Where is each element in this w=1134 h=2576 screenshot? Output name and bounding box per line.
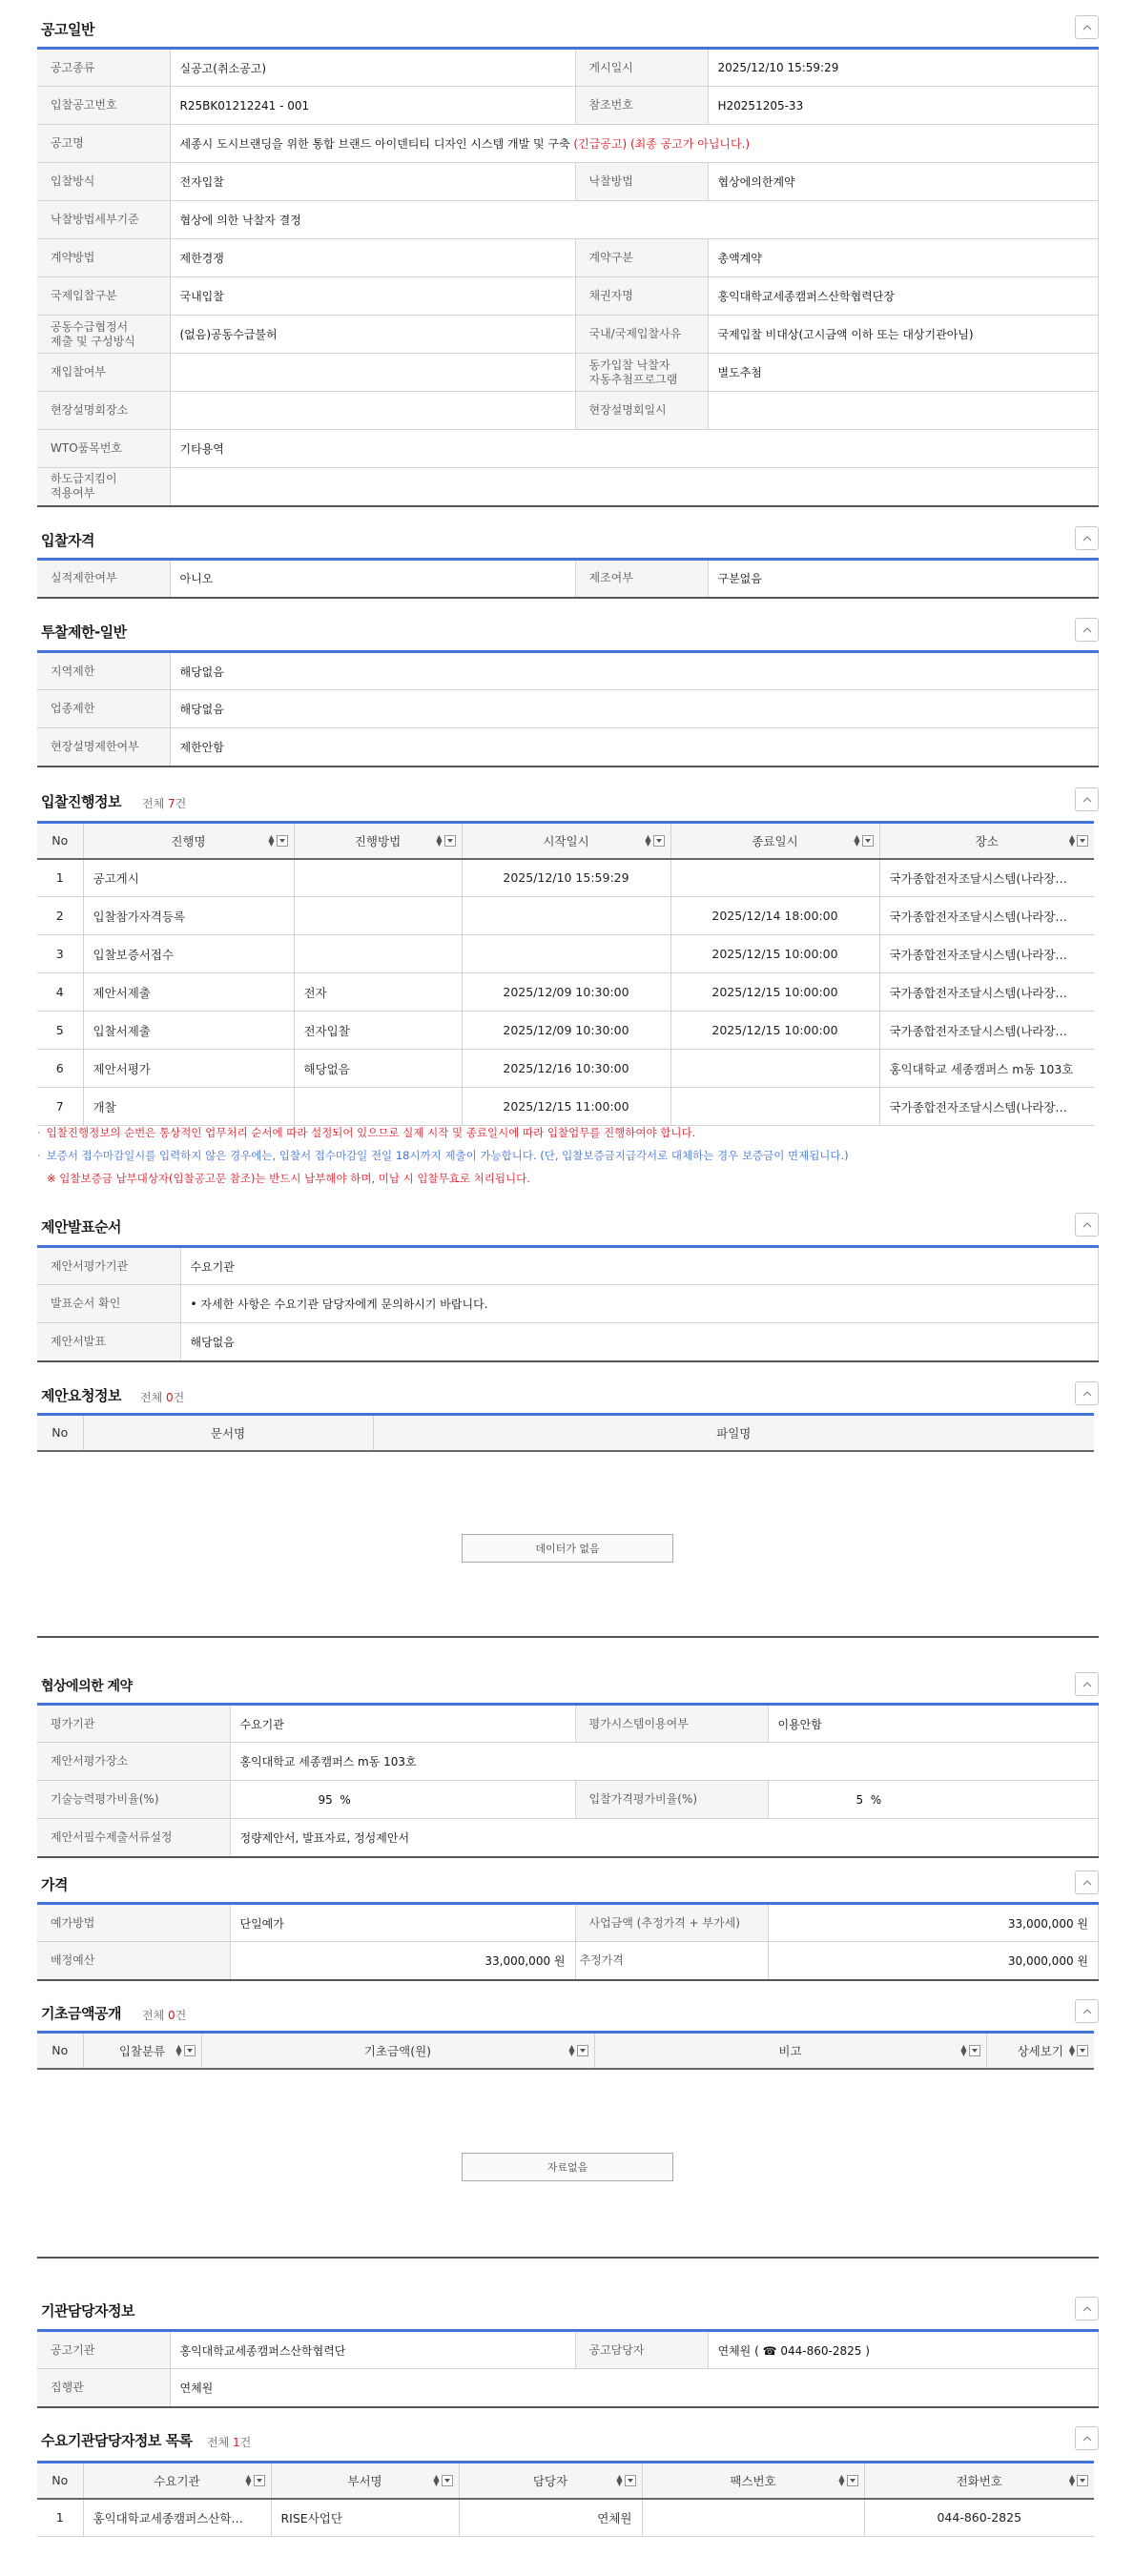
value: 기타용역 [170, 430, 1099, 468]
table-cell: 044-860-2825 [864, 2499, 1094, 2537]
restriction-table: 지역제한해당없음 업종제한해당없음 현장설명제한여부제한안함 [37, 650, 1099, 767]
table-cell: 6 [37, 1050, 83, 1088]
value: 아니오 [170, 560, 575, 598]
label: 참조번호 [575, 87, 708, 125]
table-cell: 전자 [294, 973, 462, 1012]
section-header-general: 공고일반 [37, 15, 1099, 44]
table-row[interactable]: 4제안서제출전자2025/12/09 10:30:002025/12/15 10… [37, 973, 1094, 1012]
note-line: ·입찰진행정보의 순번은 통상적인 업무처리 순서에 따라 설정되어 있으므로 … [37, 1121, 1099, 1144]
sort-filter-control[interactable]: ▲▼ [433, 2475, 452, 2486]
column-header[interactable]: 팩스번호▲▼ [642, 2463, 864, 2499]
table-cell [294, 859, 462, 897]
filter-dropdown-icon[interactable] [184, 2045, 196, 2056]
table-cell: 2025/12/15 10:00:00 [670, 935, 879, 973]
value: 총액계약 [708, 239, 1099, 277]
filter-dropdown-icon[interactable] [625, 2475, 636, 2486]
total-count: 전체 1건 [207, 2434, 251, 2450]
label: 제안서평가장소 [37, 1743, 230, 1781]
column-header-label: 시작일시 [543, 834, 588, 848]
collapse-toggle-button[interactable] [1075, 1999, 1099, 2023]
sort-arrows-icon[interactable]: ▲▼ [645, 835, 650, 847]
label-line: 동가입찰 낙찰자 [589, 358, 698, 373]
label: 제안서필수제출서류설정 [37, 1819, 230, 1857]
table-cell: 제안서제출 [83, 973, 294, 1012]
column-header-file-name[interactable]: 파일명 [373, 1415, 1094, 1451]
table-cell: 5 [37, 1012, 83, 1050]
table-cell: 공고게시 [83, 859, 294, 897]
column-header-label: 진행방법 [355, 834, 401, 848]
column-header[interactable]: 시작일시▲▼ [462, 823, 670, 859]
sort-filter-control[interactable]: ▲▼ [854, 835, 873, 847]
label: 낙찰방법세부기준 [37, 201, 170, 239]
filter-dropdown-icon[interactable] [1077, 835, 1088, 847]
chevron-up-icon [1082, 25, 1092, 31]
section-header-qualification: 입찰자격 [37, 526, 1099, 555]
label: 국제입찰구분 [37, 277, 170, 316]
column-header[interactable]: No [37, 823, 83, 859]
value: 전자입찰 [170, 163, 575, 201]
section-header-restriction: 투찰제한-일반 [37, 618, 1099, 646]
note-text: 입찰진행정보의 순번은 통상적인 업무처리 순서에 따라 설정되어 있으므로 실… [47, 1126, 696, 1139]
chevron-up-icon [1082, 797, 1092, 803]
label: 공고담당자 [575, 2331, 708, 2369]
count-prefix: 전체 [142, 2009, 168, 2022]
table-cell: 국가종합전자조달시스템(나라장… [879, 973, 1094, 1012]
table-cell: RISE사업단 [271, 2499, 459, 2537]
qualification-table: 실적제한여부아니오제조여부구분없음 [37, 558, 1099, 599]
section-header-base-amount: 기초금액공개 전체 0건 [37, 1999, 1099, 2028]
tech-ratio-value: 95 % [230, 1781, 575, 1819]
chevron-up-icon [1082, 2436, 1092, 2442]
label: 하도급지킴이적용여부 [37, 468, 170, 506]
sort-arrows-icon[interactable]: ▲▼ [568, 2045, 574, 2056]
label: 제조여부 [575, 560, 708, 598]
column-header-label: 부서명 [347, 2474, 381, 2488]
value: 제한경쟁 [170, 239, 575, 277]
allocated-budget: 33,000,000 원 [230, 1942, 575, 1980]
table-cell: 홍익대학교세종캠퍼스산학… [83, 2499, 271, 2537]
value: • 자세한 사항은 수요기관 담당자에게 문의하시기 바랍니다. [180, 1285, 1099, 1323]
column-header-label: No [52, 2473, 68, 2487]
table-row[interactable]: 6제안서평가해당없음2025/12/16 10:30:00홍익대학교 세종캠퍼스… [37, 1050, 1094, 1088]
label: 집행관 [37, 2369, 170, 2407]
column-header-label: 팩스번호 [730, 2474, 775, 2488]
table-cell: 2025/12/09 10:30:00 [462, 1012, 670, 1050]
column-header-label: 기초금액(원) [364, 2044, 431, 2058]
count-number: 0 [166, 1391, 174, 1404]
chevron-up-icon [1082, 2009, 1092, 2014]
table-cell: 개찰 [83, 1088, 294, 1126]
label: 제안서발표 [37, 1323, 180, 1361]
sort-arrows-icon[interactable]: ▲▼ [433, 2475, 439, 2486]
filter-dropdown-icon[interactable] [969, 2045, 980, 2056]
label: 발표순서 확인 [37, 1285, 180, 1323]
collapse-toggle-button[interactable] [1075, 1672, 1099, 1696]
filter-dropdown-icon[interactable] [653, 835, 665, 847]
table-row[interactable]: 3입찰보증서접수2025/12/15 10:00:00국가종합전자조달시스템(나… [37, 935, 1094, 973]
column-header-label: 종료일시 [752, 834, 797, 848]
filter-dropdown-icon[interactable] [277, 835, 288, 847]
column-header[interactable]: 기초금액(원)▲▼ [201, 2033, 594, 2069]
count-suffix: 건 [240, 2436, 252, 2449]
label: 계약구분 [575, 239, 708, 277]
sort-arrows-icon[interactable]: ▲▼ [268, 835, 274, 847]
value: 홍익대학교 세종캠퍼스 m동 103호 [230, 1743, 1099, 1781]
demand-contact-table: No수요기관▲▼부서명▲▼담당자▲▼팩스번호▲▼전화번호▲▼ 1홍익대학교세종캠… [37, 2461, 1094, 2537]
column-header[interactable]: No [37, 2033, 83, 2069]
value: 국내입찰 [170, 277, 575, 316]
label: 게시일시 [575, 49, 708, 87]
column-header-no[interactable]: No [37, 1415, 83, 1451]
label: 배정예산 [37, 1942, 230, 1980]
label: 공고명 [37, 125, 170, 163]
column-header-doc-name[interactable]: 문서명 [83, 1415, 373, 1451]
column-header[interactable]: 수요기관▲▼ [83, 2463, 271, 2499]
value: 구분없음 [708, 560, 1099, 598]
table-cell: 2025/12/09 10:30:00 [462, 973, 670, 1012]
sort-arrows-icon[interactable]: ▲▼ [1069, 2045, 1075, 2056]
filter-dropdown-icon[interactable] [444, 835, 456, 847]
column-header[interactable]: 상세보기▲▼ [986, 2033, 1094, 2069]
label: 입찰방식 [37, 163, 170, 201]
table-cell: 입찰서제출 [83, 1012, 294, 1050]
note-line: ·보증서 접수마감일시를 입력하지 않은 경우에는, 입찰서 접수마감일 전일 … [37, 1144, 1099, 1167]
column-header-label: 입찰분류 [119, 2044, 165, 2058]
value [170, 468, 1099, 506]
label: 입찰가격평가비율(%) [575, 1781, 768, 1819]
label-line: 적용여부 [51, 486, 160, 501]
column-header[interactable]: 비고▲▼ [594, 2033, 986, 2069]
label: 동가입찰 낙찰자자동추첨프로그램 [575, 354, 708, 392]
table-cell: 4 [37, 973, 83, 1012]
base-amount-table: No입찰분류▲▼기초금액(원)▲▼비고▲▼상세보기▲▼ [37, 2031, 1094, 2070]
filter-dropdown-icon[interactable] [577, 2045, 588, 2056]
table-cell [462, 935, 670, 973]
table-cell [670, 1050, 879, 1088]
sort-arrows-icon[interactable]: ▲▼ [838, 2475, 844, 2486]
sort-filter-control[interactable]: ▲▼ [245, 2475, 264, 2486]
sort-filter-control[interactable]: ▲▼ [616, 2475, 635, 2486]
label: 현장설명회장소 [37, 392, 170, 430]
chevron-up-icon [1082, 1391, 1092, 1397]
value: 연체원 [170, 2369, 1099, 2407]
sort-arrows-icon[interactable]: ▲▼ [1069, 835, 1075, 847]
chevron-up-icon [1082, 1682, 1092, 1687]
section-title: 입찰자격 [41, 530, 94, 550]
column-header-label: 상세보기 [1018, 2044, 1063, 2058]
label: 현장설명회일시 [575, 392, 708, 430]
label-line: 하도급지킴이 [51, 472, 160, 486]
table-cell: 전자입찰 [294, 1012, 462, 1050]
label: 실적제한여부 [37, 560, 170, 598]
collapse-toggle-button[interactable] [1075, 787, 1099, 811]
section-header-demand-contact: 수요기관담당자정보 목록 전체 1건 [37, 2426, 1099, 2455]
table-cell: 2 [37, 897, 83, 935]
total-count: 전체 0건 [142, 2007, 186, 2023]
bullet-icon: · [37, 1149, 41, 1162]
chevron-up-icon [1082, 1222, 1092, 1228]
label-line: 자동추첨프로그램 [589, 373, 698, 387]
column-header[interactable]: 진행명▲▼ [83, 823, 294, 859]
estimated-price: 30,000,000 원 [768, 1942, 1099, 1980]
value: 이용안함 [768, 1705, 1099, 1743]
count-suffix: 건 [175, 2009, 187, 2022]
base-amount-empty-area: 자료없음 [37, 2069, 1099, 2259]
label: 업종제한 [37, 690, 170, 728]
label-line: 공동수급협정서 [51, 320, 160, 335]
table-cell: 해당없음 [294, 1050, 462, 1088]
count-suffix: 건 [175, 797, 187, 810]
column-header[interactable]: 종료일시▲▼ [670, 823, 879, 859]
chevron-up-icon [1082, 536, 1092, 542]
value: 해당없음 [170, 652, 1099, 690]
urgent-badge: (긴급공고) (최종 공고가 아닙니다.) [573, 137, 750, 151]
table-cell: 입찰보증서접수 [83, 935, 294, 973]
table-row[interactable]: 5입찰서제출전자입찰2025/12/09 10:30:002025/12/15 … [37, 1012, 1094, 1050]
table-cell: 국가종합전자조달시스템(나라장… [879, 1088, 1094, 1126]
count-suffix: 건 [174, 1391, 185, 1404]
table-cell: 제안서평가 [83, 1050, 294, 1088]
price-ratio-value: 5 % [768, 1781, 1099, 1819]
table-cell: 2025/12/14 18:00:00 [670, 897, 879, 935]
column-header[interactable]: 부서명▲▼ [271, 2463, 459, 2499]
label: 지역제한 [37, 652, 170, 690]
contact-name: 연체원 ( [718, 2344, 763, 2358]
value: 협상에의한계약 [708, 163, 1099, 201]
filter-dropdown-icon[interactable] [847, 2475, 858, 2486]
collapse-toggle-button[interactable] [1075, 1213, 1099, 1237]
filter-dropdown-icon[interactable] [862, 835, 874, 847]
proposal-request-table: No 문서명 파일명 [37, 1413, 1094, 1452]
sort-filter-control[interactable]: ▲▼ [960, 2045, 979, 2056]
section-header-progress: 입찰진행정보 전체 7건 [37, 787, 1099, 816]
sort-filter-control[interactable]: ▲▼ [1069, 2475, 1088, 2486]
column-header-label: No [52, 833, 68, 848]
label: 공고종류 [37, 49, 170, 87]
table-cell: 3 [37, 935, 83, 973]
collapse-toggle-button[interactable] [1075, 15, 1099, 39]
phone-icon: ☎ [763, 2344, 777, 2358]
table-row[interactable]: 1공고게시2025/12/10 15:59:29국가종합전자조달시스템(나라장… [37, 859, 1094, 897]
value: 해당없음 [180, 1323, 1099, 1361]
table-cell: 연체원 [459, 2499, 642, 2537]
table-cell: 2025/12/15 10:00:00 [670, 973, 879, 1012]
section-title: 기관담당자정보 [41, 2300, 134, 2320]
table-cell: 홍익대학교 세종캠퍼스 m동 103호 [879, 1050, 1094, 1088]
column-header-label: No [52, 2043, 68, 2057]
table-cell: 국가종합전자조달시스템(나라장… [879, 935, 1094, 973]
section-title: 수요기관담당자정보 목록 [41, 2430, 193, 2450]
label: 국내/국제입찰사유 [575, 316, 708, 354]
table-cell [294, 897, 462, 935]
table-cell: 국가종합전자조달시스템(나라장… [879, 897, 1094, 935]
bullet-icon: · [37, 1126, 41, 1139]
section-header-agency-contact: 기관담당자정보 [37, 2297, 1099, 2325]
section-title: 투찰제한-일반 [41, 622, 127, 642]
chevron-up-icon [1082, 1880, 1092, 1886]
general-info-table: 공고종류실공고(취소공고)게시일시2025/12/10 15:59:29 입찰공… [37, 47, 1099, 507]
agency-contact-table: 공고기관홍익대학교세종캠퍼스산학협력단공고담당자연체원 ( ☎ 044-860-… [37, 2329, 1099, 2408]
section-title: 기초금액공개 [41, 2003, 121, 2023]
value: 홍익대학교세종캠퍼스산학협력단장 [708, 277, 1099, 316]
total-count: 전체 0건 [140, 1389, 184, 1405]
section-header-presentation: 제안발표순서 [37, 1213, 1099, 1241]
proposal-request-empty-area: 데이터가 없음 [37, 1451, 1099, 1638]
column-header-label: 담당자 [533, 2474, 567, 2488]
empty-data-message: 데이터가 없음 [462, 1534, 673, 1563]
filter-dropdown-icon[interactable] [442, 2475, 453, 2486]
value: 정량제안서, 발표자료, 정성제안서 [230, 1819, 1099, 1857]
table-cell [294, 1088, 462, 1126]
sort-arrows-icon[interactable]: ▲▼ [436, 835, 442, 847]
value: 수요기관 [180, 1247, 1099, 1285]
count-prefix: 전체 [142, 797, 168, 810]
sort-arrows-icon[interactable]: ▲▼ [1069, 2475, 1075, 2486]
sort-filter-control[interactable]: ▲▼ [838, 2475, 857, 2486]
collapse-toggle-button[interactable] [1075, 2297, 1099, 2320]
label: 공고기관 [37, 2331, 170, 2369]
sort-arrows-icon[interactable]: ▲▼ [245, 2475, 251, 2486]
table-cell [642, 2499, 864, 2537]
sort-filter-control[interactable]: ▲▼ [1069, 2045, 1088, 2056]
collapse-toggle-button[interactable] [1075, 526, 1099, 550]
value: R25BK01212241 - 001 [170, 87, 575, 125]
column-header[interactable]: 입찰분류▲▼ [83, 2033, 201, 2069]
table-cell: 1 [37, 859, 83, 897]
value [170, 392, 575, 430]
filter-dropdown-icon[interactable] [1077, 2045, 1088, 2056]
table-cell: 입찰참가자격등록 [83, 897, 294, 935]
count-prefix: 전체 [140, 1391, 166, 1404]
total-count: 전체 7건 [142, 795, 186, 811]
collapse-toggle-button[interactable] [1075, 2426, 1099, 2450]
label: 추정가격 [575, 1942, 768, 1980]
value: 단일예가 [230, 1904, 575, 1942]
value: (없음)공동수급불허 [170, 316, 575, 354]
note-text: 보증서 접수마감일시를 입력하지 않은 경우에는, 입찰서 접수마감일 전일 1… [47, 1149, 849, 1162]
count-number: 1 [233, 2436, 240, 2449]
table-cell: 1 [37, 2499, 83, 2537]
table-row[interactable]: 1홍익대학교세종캠퍼스산학…RISE사업단연체원044-860-2825 [37, 2499, 1094, 2537]
count-number: 7 [168, 797, 175, 810]
table-cell: 2025/12/15 10:00:00 [670, 1012, 879, 1050]
sort-filter-control[interactable]: ▲▼ [645, 835, 664, 847]
sort-filter-control[interactable]: ▲▼ [568, 2045, 588, 2056]
table-cell [670, 859, 879, 897]
price-table: 예가방법단일예가사업금액 (추정가격 + 부가세)33,000,000 원 배정… [37, 1902, 1099, 1981]
sort-arrows-icon[interactable]: ▲▼ [616, 2475, 622, 2486]
value: 국제입찰 비대상(고시금액 이하 또는 대상기관아님) [708, 316, 1099, 354]
label: 현장설명제한여부 [37, 728, 170, 767]
value: 해당없음 [170, 690, 1099, 728]
label: 계약방법 [37, 239, 170, 277]
table-row[interactable]: 2입찰참가자격등록2025/12/14 18:00:00국가종합전자조달시스템(… [37, 897, 1094, 935]
value [170, 354, 575, 392]
label: 공동수급협정서제출 및 구성방식 [37, 316, 170, 354]
column-header[interactable]: 담당자▲▼ [459, 2463, 642, 2499]
table-cell: 국가종합전자조달시스템(나라장… [879, 859, 1094, 897]
empty-data-message: 자료없음 [462, 2153, 673, 2181]
table-cell: 2025/12/16 10:30:00 [462, 1050, 670, 1088]
business-amount: 33,000,000 원 [768, 1904, 1099, 1942]
section-header-price: 가격 [37, 1871, 1099, 1899]
sort-filter-control[interactable]: ▲▼ [1069, 835, 1088, 847]
section-title: 협상에의한 계약 [41, 1676, 133, 1695]
label: 입찰공고번호 [37, 87, 170, 125]
label: 낙찰방법 [575, 163, 708, 201]
count-prefix: 전체 [207, 2436, 233, 2449]
presentation-table: 제안서평가기관수요기관 발표순서 확인• 자세한 사항은 수요기관 담당자에게 … [37, 1245, 1099, 1362]
table-cell [294, 935, 462, 973]
label: 평가시스템이용여부 [575, 1705, 768, 1743]
collapse-toggle-button[interactable] [1075, 1871, 1099, 1894]
label-line: 제출 및 구성방식 [51, 335, 160, 349]
column-header-label: 수요기관 [154, 2474, 199, 2488]
column-header-label: 전화번호 [957, 2474, 1002, 2488]
table-cell: 2025/12/10 15:59:29 [462, 859, 670, 897]
section-title: 제안발표순서 [41, 1216, 121, 1237]
negotiation-table: 평가기관수요기관평가시스템이용여부이용안함 제안서평가장소홍익대학교 세종캠퍼스… [37, 1703, 1099, 1858]
sort-arrows-icon[interactable]: ▲▼ [175, 2045, 181, 2056]
note-line: ※ 입찰보증금 납부대상자(입찰공고문 참조)는 반드시 납부해야 하며, 미납… [37, 1167, 1099, 1190]
contact-phone: 044-860-2825 ) [780, 2344, 870, 2358]
column-header[interactable]: 전화번호▲▼ [864, 2463, 1094, 2499]
value [708, 392, 1099, 430]
table-row[interactable]: 7개찰2025/12/15 11:00:00국가종합전자조달시스템(나라장… [37, 1088, 1094, 1126]
filter-dropdown-icon[interactable] [254, 2475, 265, 2486]
column-header-label: 진행명 [171, 834, 205, 848]
value: 협상에 의한 낙찰자 결정 [170, 201, 1099, 239]
progress-table: No진행명▲▼진행방법▲▼시작일시▲▼종료일시▲▼장소▲▼ 1공고게시2025/… [37, 821, 1094, 1126]
label: 기술능력평가비율(%) [37, 1781, 230, 1819]
notice-name-text: 세종시 도시브랜딩을 위한 통합 브랜드 아이덴티티 디자인 시스템 개발 및 … [180, 137, 570, 151]
filter-dropdown-icon[interactable] [1077, 2475, 1088, 2486]
sort-filter-control[interactable]: ▲▼ [175, 2045, 195, 2056]
column-header[interactable]: No [37, 2463, 83, 2499]
value: H20251205-33 [708, 87, 1099, 125]
value: 홍익대학교세종캠퍼스산학협력단 [170, 2331, 575, 2369]
label: 채권자명 [575, 277, 708, 316]
progress-notes: ·입찰진행정보의 순번은 통상적인 업무처리 순서에 따라 설정되어 있으므로 … [37, 1121, 1099, 1190]
column-header[interactable]: 장소▲▼ [879, 823, 1094, 859]
column-header[interactable]: 진행방법▲▼ [294, 823, 462, 859]
column-header-label: 장소 [976, 834, 999, 848]
label: 평가기관 [37, 1705, 230, 1743]
table-cell: 2025/12/15 11:00:00 [462, 1088, 670, 1126]
label: 제안서평가기관 [37, 1247, 180, 1285]
sort-filter-control[interactable]: ▲▼ [268, 835, 287, 847]
collapse-toggle-button[interactable] [1075, 1381, 1099, 1405]
table-cell [462, 897, 670, 935]
count-number: 0 [168, 2009, 175, 2022]
collapse-toggle-button[interactable] [1075, 618, 1099, 642]
section-title: 가격 [41, 1874, 68, 1894]
sort-filter-control[interactable]: ▲▼ [436, 835, 455, 847]
label: WTO품목번호 [37, 430, 170, 468]
sort-arrows-icon[interactable]: ▲▼ [854, 835, 859, 847]
value: 수요기관 [230, 1705, 575, 1743]
contact-value: 연체원 ( ☎ 044-860-2825 ) [708, 2331, 1099, 2369]
section-header-negotiation: 협상에의한 계약 [37, 1672, 1099, 1701]
table-cell: 7 [37, 1088, 83, 1126]
section-header-proposal-request: 제안요청정보 전체 0건 [37, 1381, 1099, 1410]
value: 실공고(취소공고) [170, 49, 575, 87]
column-header-label: 비고 [778, 2044, 801, 2058]
label: 사업금액 (추정가격 + 부가세) [575, 1904, 768, 1942]
section-title: 입찰진행정보 [41, 791, 121, 811]
sort-arrows-icon[interactable]: ▲▼ [960, 2045, 966, 2056]
chevron-up-icon [1082, 2306, 1092, 2312]
